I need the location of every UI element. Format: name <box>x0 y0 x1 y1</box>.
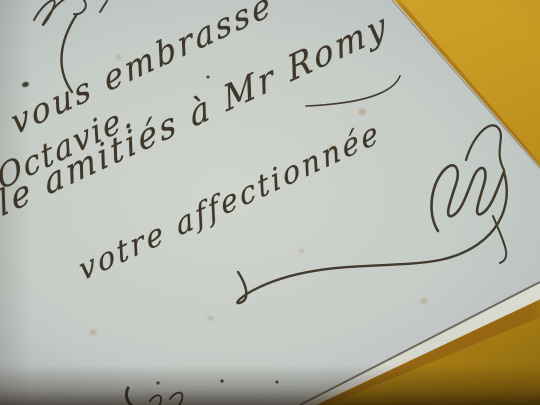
paper-top-edge <box>392 0 540 168</box>
paper-edge-lines <box>0 0 540 405</box>
letter-photograph: vous embrasse Octavie. mille amitiés à M… <box>0 0 540 405</box>
paper-bottom-edge <box>300 282 540 405</box>
